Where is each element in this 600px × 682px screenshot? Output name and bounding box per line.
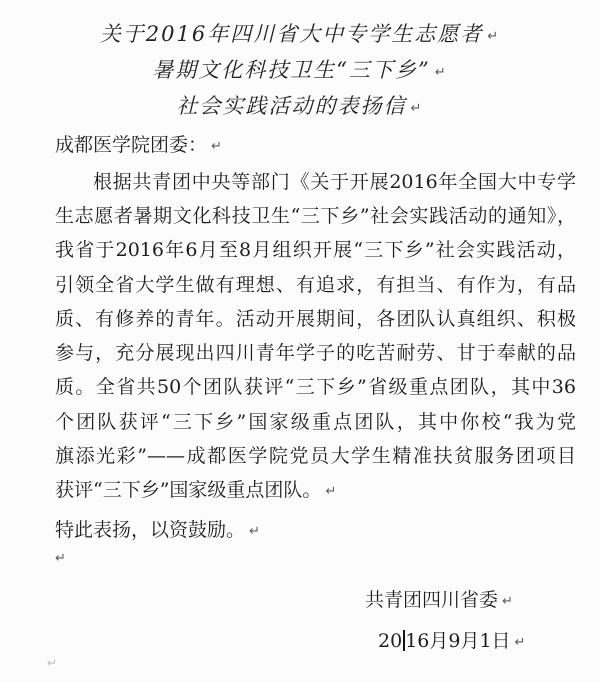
return-mark-icon: ↵ bbox=[502, 594, 513, 609]
return-mark-icon: ↵ bbox=[487, 29, 500, 44]
letter-title-line-1: 关于2016年四川省大中专学生志愿者↵ bbox=[0, 18, 600, 48]
body-line: 质、有修养的青年。活动开展期间，各团队认真组织、积极 bbox=[55, 307, 576, 331]
body-line: 根据共青团中央等部门《关于开展2016年全国大中专学 bbox=[55, 170, 576, 194]
date-text-after-caret: 16月9月1日 bbox=[405, 630, 510, 652]
empty-paragraph-return-mark-icon: ↵ bbox=[55, 551, 66, 566]
title-text: 关于2016年四川省大中专学生志愿者 bbox=[100, 22, 483, 46]
signature-text: 共青团四川省委 bbox=[365, 589, 498, 611]
closing-line: 特此表扬，以资鼓励。↵ bbox=[55, 518, 260, 544]
body-line-text: 获评“三下乡”国家级重点团队。 bbox=[55, 479, 321, 501]
return-mark-icon: ↵ bbox=[435, 65, 448, 80]
body-line: 我省于2016年6月至8月组织开展“三下乡”社会实践活动， bbox=[55, 238, 576, 262]
signature-line: 共青团四川省委↵ bbox=[365, 588, 513, 614]
letter-title-line-2: 暑期文化科技卫生“三下乡”↵ bbox=[0, 54, 600, 84]
title-text: 社会实践活动的表扬信 bbox=[177, 94, 407, 118]
body-line: 生志愿者暑期文化科技卫生“三下乡”社会实践活动的通知》， bbox=[55, 204, 576, 228]
return-mark-icon: ↵ bbox=[211, 139, 222, 154]
date-line: 2016月9月1日↵ bbox=[378, 629, 525, 655]
closing-text: 特此表扬，以资鼓励。 bbox=[55, 519, 245, 541]
return-mark-icon: ↵ bbox=[249, 524, 260, 539]
document-edit-surface[interactable]: 关于2016年四川省大中专学生志愿者↵ 暑期文化科技卫生“三下乡”↵ 社会实践活… bbox=[0, 0, 600, 682]
salutation-text: 成都医学院团委： bbox=[55, 134, 207, 156]
return-mark-icon: ↵ bbox=[411, 101, 424, 116]
body-line: 个团队获评“三下乡”国家级重点团队，其中你校“我为党 bbox=[55, 410, 576, 434]
body-line: 引领全省大学生做有理想、有追求，有担当、有作为，有品 bbox=[55, 273, 576, 297]
salutation-line: 成都医学院团委：↵ bbox=[55, 133, 222, 159]
body-line: 获评“三下乡”国家级重点团队。↵ bbox=[55, 478, 336, 504]
trailing-paragraph-return-mark-icon: ↵ bbox=[47, 656, 57, 670]
title-text: 暑期文化科技卫生“三下乡” bbox=[152, 58, 430, 82]
letter-title-line-3: 社会实践活动的表扬信↵ bbox=[0, 90, 600, 120]
body-line: 参与，充分展现出四川青年学子的吃苦耐劳、甘于奉献的品 bbox=[55, 341, 576, 365]
return-mark-icon: ↵ bbox=[515, 635, 526, 650]
return-mark-icon: ↵ bbox=[325, 484, 336, 499]
body-line: 旗添光彩”——成都医学院党员大学生精准扶贫服务团项目 bbox=[55, 444, 576, 468]
date-text-before-caret: 20 bbox=[378, 630, 402, 652]
body-line: 质。全省共50个团队获评“三下乡”省级重点团队，其中36 bbox=[55, 375, 576, 399]
